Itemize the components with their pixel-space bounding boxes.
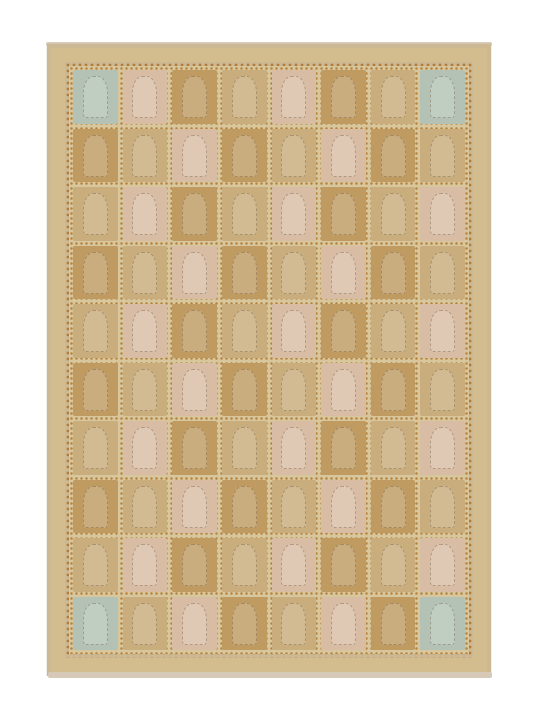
rug-panel: [172, 421, 217, 475]
rug-panel: [172, 187, 217, 241]
rug-panel: [420, 187, 465, 241]
rug-panel: [123, 363, 168, 417]
rug-panel: [420, 480, 465, 534]
rug-panel: [123, 70, 168, 124]
rug-panel: [222, 480, 267, 534]
rug-panel: [123, 597, 168, 651]
rug-panel: [73, 538, 118, 592]
rug-panel: [371, 187, 416, 241]
rug-panel: [123, 246, 168, 300]
rug-panel: [272, 70, 317, 124]
rug-panel: [420, 304, 465, 358]
rug: [47, 44, 491, 676]
rug-panel: [420, 246, 465, 300]
rug-panel: [73, 129, 118, 183]
rug-panel: [172, 480, 217, 534]
rug-panel: [222, 70, 267, 124]
rug-panel: [172, 246, 217, 300]
rug-panel: [420, 70, 465, 124]
rug-panel: [123, 304, 168, 358]
rug-panel: [272, 304, 317, 358]
rug-panel: [321, 421, 366, 475]
rug-panel: [172, 304, 217, 358]
rug-panel: [73, 597, 118, 651]
rug-panel: [272, 538, 317, 592]
rug-panel: [73, 480, 118, 534]
rug-panel: [321, 70, 366, 124]
rug-panel: [222, 187, 267, 241]
rug-panel: [272, 187, 317, 241]
rug-panel: [172, 597, 217, 651]
rug-panel: [371, 246, 416, 300]
rug-panel: [371, 304, 416, 358]
rug-panel: [420, 421, 465, 475]
rug-panel: [371, 363, 416, 417]
rug-panel: [73, 70, 118, 124]
rug-panel: [222, 304, 267, 358]
rug-panel: [420, 129, 465, 183]
rug-panel: [73, 187, 118, 241]
rug-panel: [272, 597, 317, 651]
rug-panel: [272, 246, 317, 300]
rug-panel: [222, 363, 267, 417]
rug-panel: [321, 304, 366, 358]
rug-bottom-fringe: [48, 672, 492, 678]
rug-panel: [172, 363, 217, 417]
rug-panel: [321, 129, 366, 183]
rug-panel: [420, 363, 465, 417]
rug-panel: [172, 538, 217, 592]
rug-panel: [73, 363, 118, 417]
rug-panel: [272, 421, 317, 475]
rug-panel: [222, 421, 267, 475]
rug-field: [69, 66, 469, 654]
rug-panel: [123, 187, 168, 241]
rug-panel: [371, 129, 416, 183]
rug-panel: [420, 538, 465, 592]
rug-panel: [371, 480, 416, 534]
rug-panel: [321, 363, 366, 417]
rug-panel: [123, 480, 168, 534]
rug-panel: [371, 597, 416, 651]
rug-panel: [272, 480, 317, 534]
rug-panel: [321, 187, 366, 241]
rug-panel: [371, 70, 416, 124]
rug-panel: [73, 304, 118, 358]
rug-panel: [321, 597, 366, 651]
rug-panel: [73, 246, 118, 300]
rug-panel: [73, 421, 118, 475]
rug-panel: [321, 480, 366, 534]
rug-panel: [222, 246, 267, 300]
rug-panel: [272, 363, 317, 417]
rug-panel: [272, 129, 317, 183]
rug-panel: [123, 129, 168, 183]
rug-panel: [420, 597, 465, 651]
rug-panel: [222, 129, 267, 183]
rug-panel: [321, 246, 366, 300]
rug-panel: [222, 597, 267, 651]
rug-panel: [172, 129, 217, 183]
rug-panel: [371, 538, 416, 592]
rug-panel: [222, 538, 267, 592]
rug-panel: [321, 538, 366, 592]
rug-panel: [123, 538, 168, 592]
rug-panel: [371, 421, 416, 475]
rug-panel: [123, 421, 168, 475]
rug-panel: [172, 70, 217, 124]
